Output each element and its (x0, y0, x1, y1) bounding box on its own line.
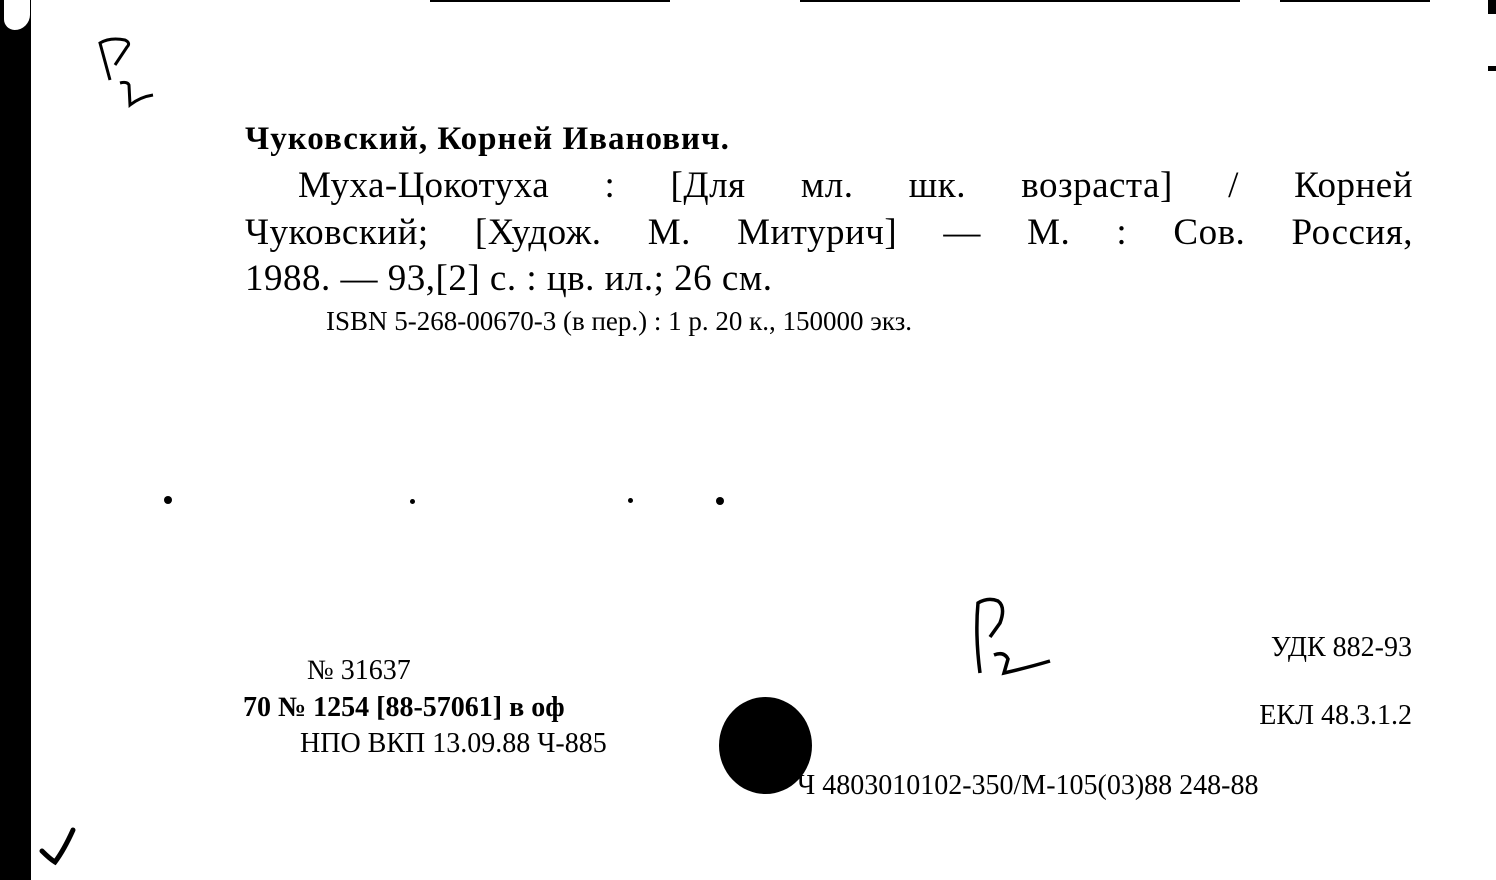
scan-left-edge (0, 0, 31, 880)
punch-dot (716, 497, 724, 505)
scan-right-edge-mark (1488, 0, 1496, 14)
scan-top-edge (430, 0, 670, 2)
punch-dot (164, 496, 172, 504)
punch-dot (628, 498, 633, 503)
title-line: Муха-Цокотуха : [Для мл. шк. возраста] /… (298, 164, 1413, 207)
isbn-line: ISBN 5-268-00670-3 (в пер.) : 1 р. 20 к.… (326, 306, 912, 337)
handwritten-mark-bottom (970, 595, 1060, 680)
printer-info: НПО ВКП 13.09.88 Ч-885 (300, 728, 607, 760)
ekl-code: ЕКЛ 48.3.1.2 (1259, 700, 1412, 732)
punch-dot (410, 499, 415, 504)
classification-code: Ч 4803010102-350/М-105(03)88 248-88 (797, 770, 1259, 802)
card-number: № 31637 (307, 655, 411, 687)
scan-top-edge (800, 0, 1240, 2)
handwritten-mark-top-left (95, 35, 165, 110)
check-mark-icon (38, 825, 83, 870)
scan-right-edge-mark (1488, 66, 1496, 71)
author-heading: Чуковский, Корней Иванович. (245, 121, 730, 158)
udk-code: УДК 882-93 (1271, 632, 1412, 664)
scan-top-edge (1280, 0, 1430, 2)
description-line: 1988. — 93,[2] с. : цв. ил.; 26 см. (245, 257, 773, 300)
description-line: Чуковский; [Худож. М. Митурич] — М. : Со… (245, 211, 1413, 254)
order-number: 70 № 1254 [88-57061] в оф (243, 692, 565, 724)
